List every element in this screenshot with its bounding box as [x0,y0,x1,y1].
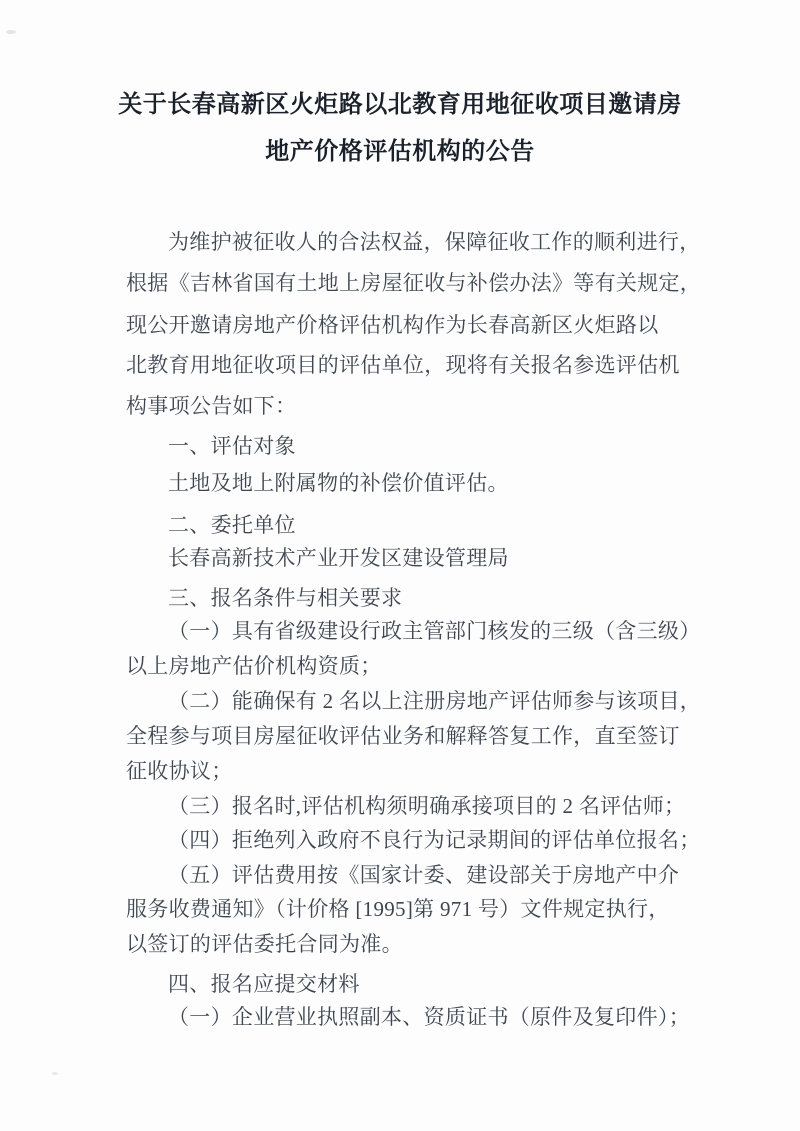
intro-line-5: 构事项公告如下： [126,393,296,419]
item-3-2-line-3: 征收协议； [126,758,233,784]
document-title-line-2: 地产价格评估机构的公告 [0,135,800,169]
item-3-5-line-1: （五）评估费用按《国家计委、建设部关于房地产中介 [168,862,679,888]
document-title-line-1: 关于长春高新区火炬路以北教育用地征收项目邀请房 [0,88,800,122]
item-3-1-line-1: （一）具有省级建设行政主管部门核发的三级（含三级） [168,618,701,644]
item-3-2-line-1: （二）能确保有 2 名以上注册房地产评估师参与该项目， [168,688,701,714]
intro-line-1: 为维护被征收人的合法权益，保障征收工作的顺利进行， [168,229,701,255]
scan-artifact [6,30,16,34]
intro-line-4: 北教育用地征收项目的评估单位，现将有关报名参选评估机 [126,352,680,378]
intro-line-3: 现公开邀请房地产价格评估机构作为长春高新区火炬路以 [126,312,659,338]
document-page: 关于长春高新区火炬路以北教育用地征收项目邀请房 地产价格评估机构的公告 为维护被… [0,0,800,1131]
section-1-content: 土地及地上附属物的补偿价值评估。 [168,470,509,496]
section-3-heading: 三、报名条件与相关要求 [168,585,402,611]
intro-line-2: 根据《吉林省国有土地上房屋征收与补偿办法》等有关规定， [126,270,701,296]
section-1-heading: 一、评估对象 [168,433,296,459]
item-3-3: （三）报名时,评估机构须明确承接项目的 2 名评估师； [168,793,685,819]
scan-artifact [52,1072,58,1075]
item-3-1-line-2: 以上房地产估价机构资质； [126,653,382,679]
section-2-heading: 二、委托单位 [168,512,296,538]
item-3-2-line-2: 全程参与项目房屋征收评估业务和解释答复工作，直至签订 [126,723,680,749]
item-3-5-line-2: 服务收费通知》（计价格 [1995]第 971 号）文件规定执行， [126,896,670,922]
section-2-content: 长春高新技术产业开发区建设管理局 [168,545,509,571]
item-3-5-line-3: 以签订的评估委托合同为准。 [126,931,403,957]
item-3-4: （四）拒绝列入政府不良行为记录期间的评估单位报名； [168,827,701,853]
item-4-1: （一）企业营业执照副本、资质证书（原件及复印件）； [168,1004,690,1030]
section-4-heading: 四、报名应提交材料 [168,971,360,997]
